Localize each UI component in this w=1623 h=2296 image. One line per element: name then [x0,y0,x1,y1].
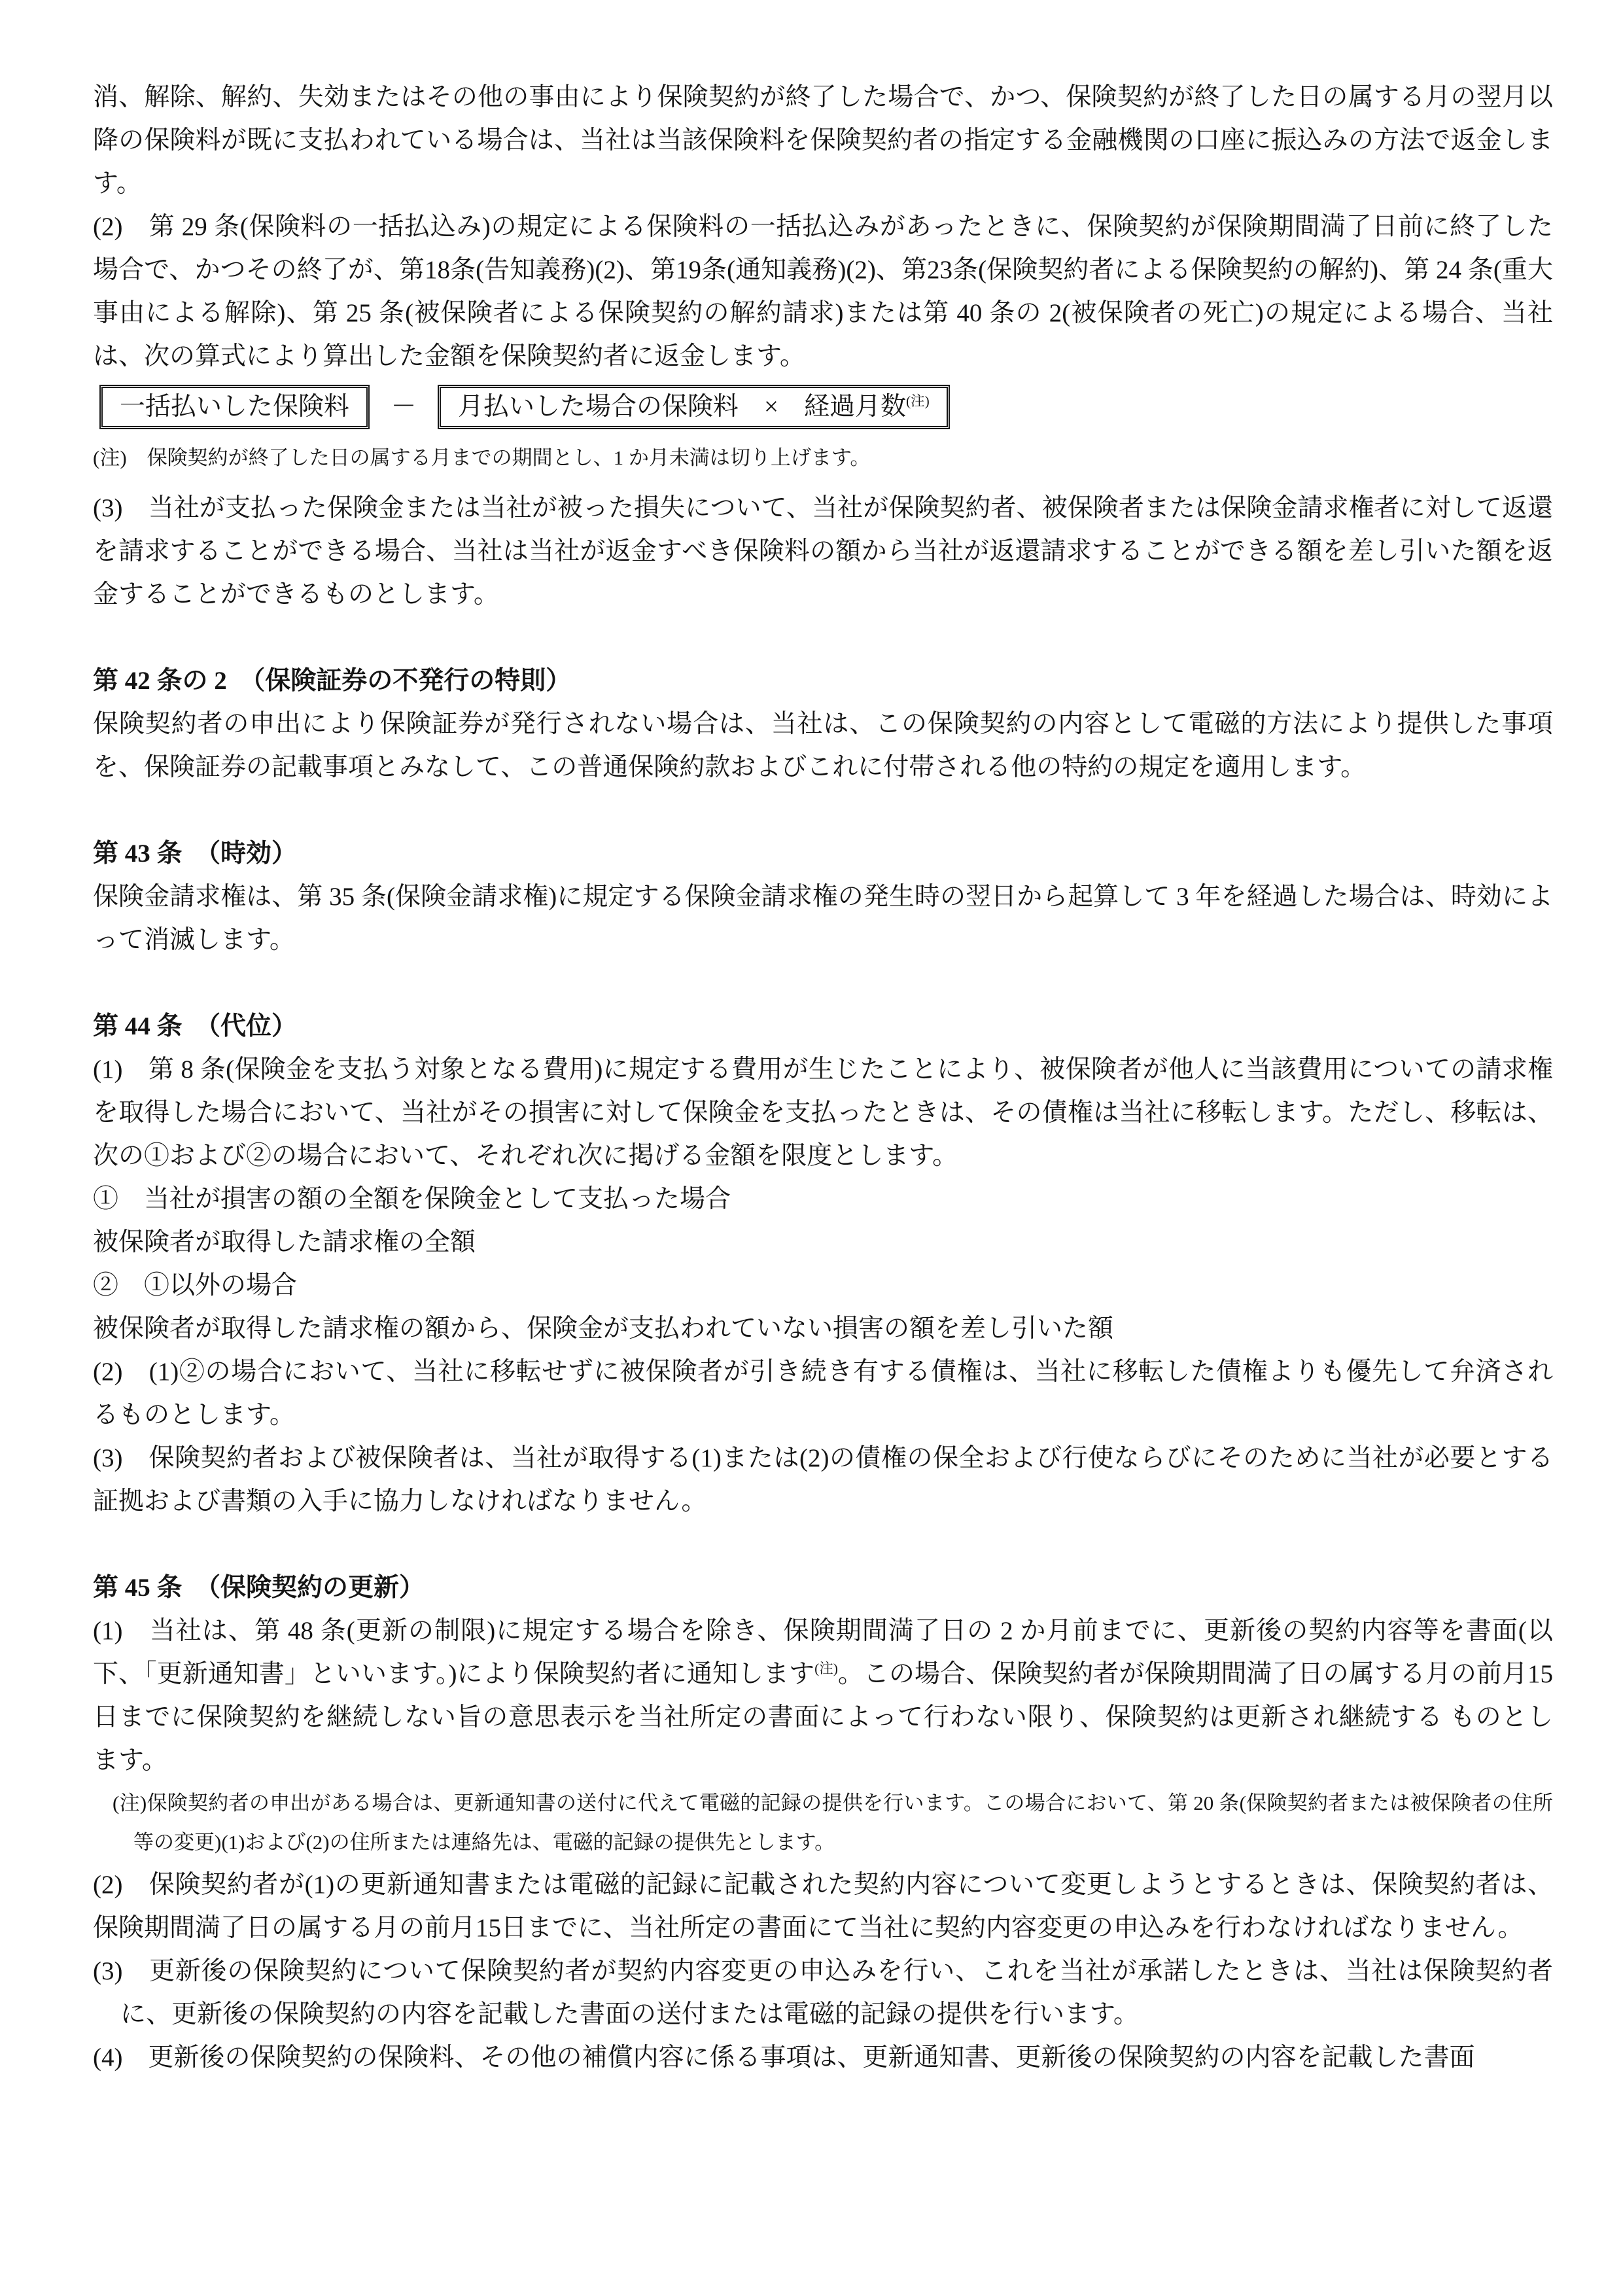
refund-item-3: (3) 当社が支払った保険金または当社が被った損失について、当社が保険契約者、被… [93,487,1553,616]
article-45-item-4: (4) 更新後の保険契約の保険料、その他の補償内容に係る事項は、更新通知書、更新… [93,2036,1553,2079]
article-44-clause-2: ② ①以外の場合 [93,1264,1553,1307]
article-42-2-body: 保険契約者の申出により保険証券が発行されない場合は、当社は、この保険契約の内容と… [93,703,1553,789]
article-44-item-1: (1) 第 8 条(保険金を支払う対象となる費用)に規定する費用が生じたことによ… [93,1048,1553,1178]
article-44-item-2: (2) (1)②の場合において、当社に移転せずに被保険者が引き続き有する債権は、… [93,1351,1553,1437]
formula-monthly-text: 月払いした場合の保険料 × 経過月数 [458,393,906,421]
policy-document-page: 消、解除、解約、失効またはその他の事由により保険契約が終了した場合で、かつ、保険… [93,76,1553,2079]
carryover-paragraph: 消、解除、解約、失効またはその他の事由により保険契約が終了した場合で、かつ、保険… [93,76,1553,205]
formula-box-lump-sum-premium: 一括払いした保険料 [99,385,370,429]
minus-operator: － [370,385,438,429]
article-44-heading: 第 44 条 （代位） [93,1005,1553,1048]
article-45-item-2: (2) 保険契約者が(1)の更新通知書または電磁的記録に記載された契約内容につい… [93,1863,1553,1950]
article-44-item-3: (3) 保険契約者および被保険者は、当社が取得する(1)または(2)の債権の保全… [93,1437,1553,1523]
article-44-clause-1-amount: 被保険者が取得した請求権の全額 [93,1221,1553,1264]
formula-box-monthly-premium: 月払いした場合の保険料 × 経過月数(注) [438,385,950,429]
article-44-clause-1: ① 当社が損害の額の全額を保険金として支払った場合 [93,1178,1553,1221]
article-45-footnote: (注)保険契約者の申出がある場合は、更新通知書の送付に代えて電磁的記録の提供を行… [93,1784,1553,1862]
article-43-body: 保険金請求権は、第 35 条(保険金請求権)に規定する保険金請求権の発生時の翌日… [93,875,1553,962]
article-45-item-1: (1) 当社は、第 48 条(更新の制限)に規定する場合を除き、保険期間満了日の… [93,1610,1553,1782]
article-44-clause-2-amount: 被保険者が取得した請求権の額から、保険金が支払われていない損害の額を差し引いた額 [93,1307,1553,1351]
note-reference-superscript: (注) [906,393,930,409]
article-43-heading: 第 43 条 （時効） [93,832,1553,875]
article-45-heading: 第 45 条 （保険契約の更新） [93,1566,1553,1610]
refund-item-2: (2) 第 29 条(保険料の一括払込み)の規定による保険料の一括払込みがあった… [93,205,1553,378]
article-45-item-3: (3) 更新後の保険契約について保険契約者が契約内容変更の申込みを行い、これを当… [93,1950,1553,2036]
refund-formula: 一括払いした保険料 － 月払いした場合の保険料 × 経過月数(注) [99,385,1553,429]
note-reference-superscript: (注) [814,1661,838,1676]
formula-footnote: (注) 保険契約が終了した日の属する月までの期間とし、1 か月未満は切り上げます… [93,438,1553,478]
article-42-2-heading: 第 42 条の 2 （保険証券の不発行の特則） [93,660,1553,703]
